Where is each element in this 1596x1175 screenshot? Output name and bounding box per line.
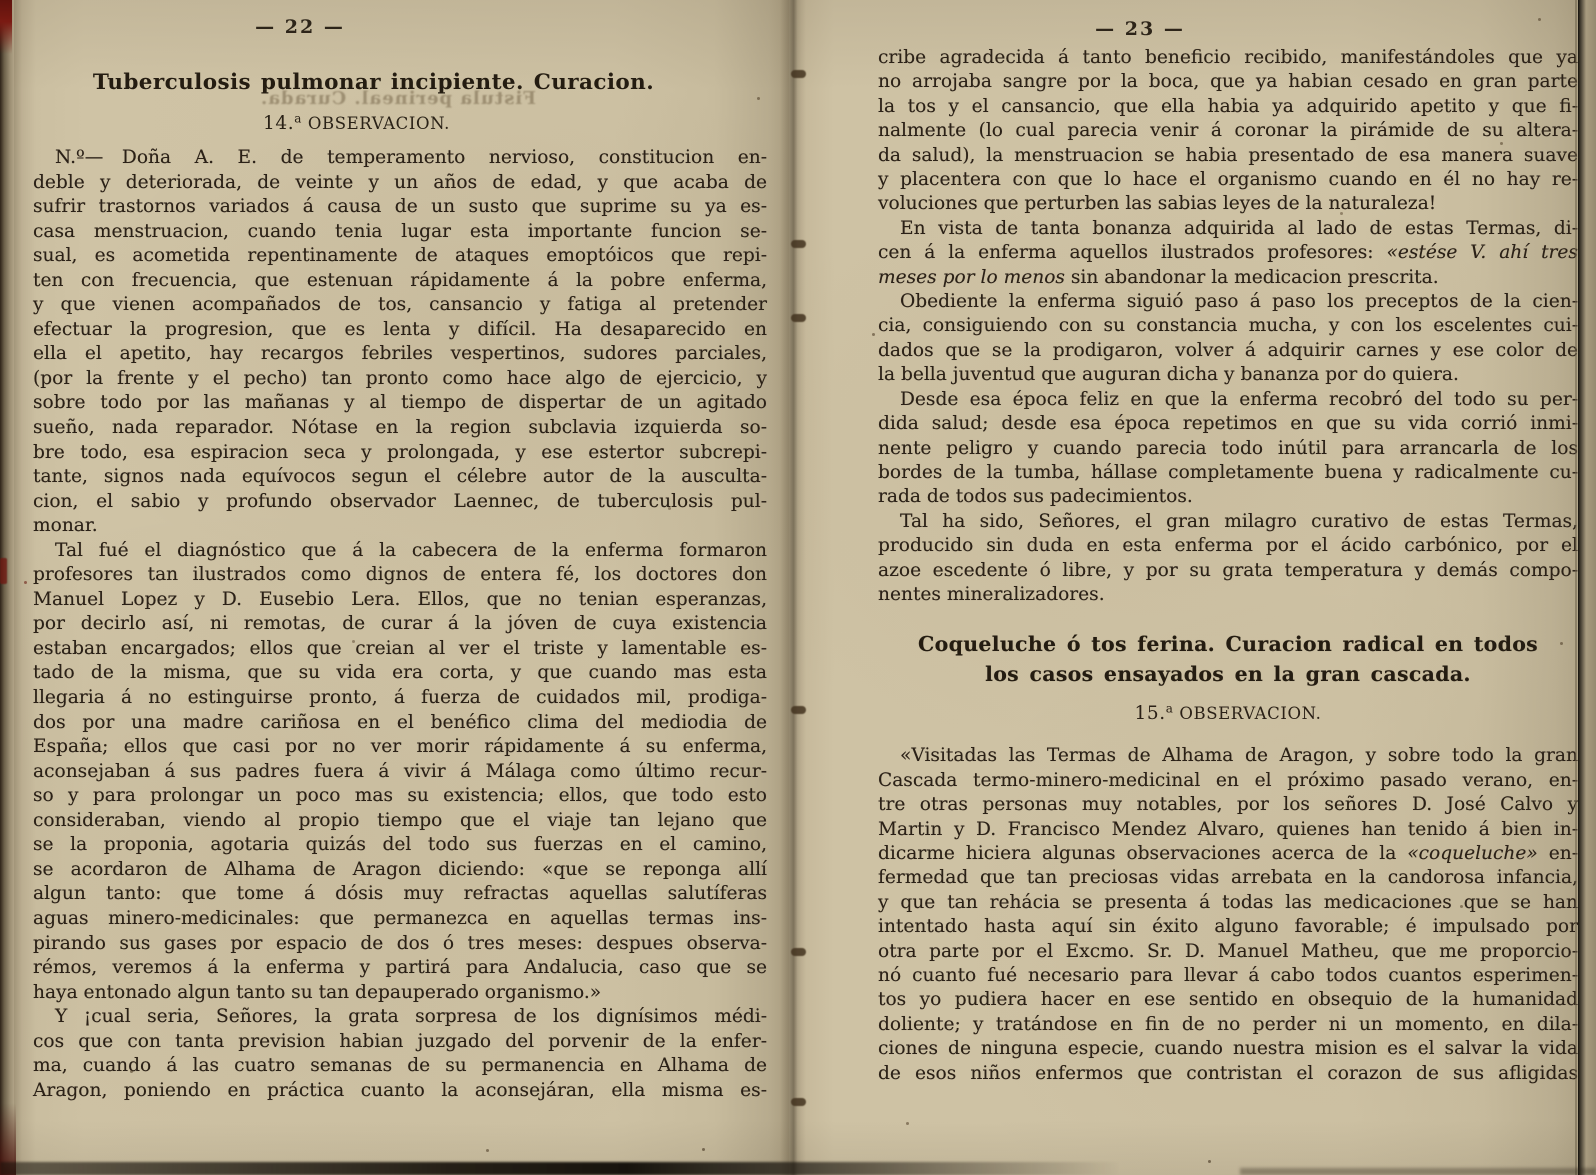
text-line: so y para prolongar un poco mas su exist… xyxy=(33,784,767,809)
text-line: se acordaron de Alhama de Aragon diciend… xyxy=(33,858,767,883)
text-line: nentes mineralizadores. xyxy=(878,583,1578,607)
text-line: Tal fué el diagnóstico que á la cabecera… xyxy=(33,539,767,564)
text-line: estaban encargados; ellos que creian al … xyxy=(33,637,767,662)
text-line: rada de todos sus padecimientos. xyxy=(878,485,1578,509)
text-line: nalmente (lo cual parecia venir á corona… xyxy=(878,119,1578,143)
text-line: bre todo, esa espiracion seca y prolonga… xyxy=(33,441,767,466)
book-scan: — 22 — Fistula perineal. Curada. Tubercu… xyxy=(0,0,1596,1175)
text-line: haya entonado algun tanto su tan depaupe… xyxy=(33,981,767,1006)
text-line: Tal ha sido, Señores, el gran milagro cu… xyxy=(878,510,1578,534)
text-line: Desde esa época feliz en que la enferma … xyxy=(878,388,1578,412)
text-line: Martin y D. Francisco Mendez Alvaro, qui… xyxy=(878,818,1578,842)
paragraph: Obediente la enferma siguió paso á paso … xyxy=(878,290,1578,388)
bottom-edge-shadow-right xyxy=(1240,1168,1596,1175)
red-cover-mark xyxy=(0,558,7,584)
text-line: deble y deteriorada, de veinte y un años… xyxy=(33,171,767,196)
text-line: por decirlo así, ni remotas, de curar á … xyxy=(33,612,767,637)
text-line: cribe agradecida á tanto beneficio recib… xyxy=(878,46,1578,70)
heading-line: los casos ensayados en la gran cascada. xyxy=(878,659,1578,689)
page-left: — 22 — Fistula perineal. Curada. Tubercu… xyxy=(14,0,789,1175)
text-line: cen á la enferma aquellos ilustrados pro… xyxy=(878,241,1578,265)
text-line: profesores tan ilustrados como dignos de… xyxy=(33,563,767,588)
bottom-edge-shadow xyxy=(0,1162,1120,1175)
text-line: sual, es acometida repentinamente de ata… xyxy=(33,244,767,269)
book-gutter xyxy=(780,0,806,1175)
paragraph: cribe agradecida á tanto beneficio recib… xyxy=(878,46,1578,217)
observation-number: 15. xyxy=(1135,703,1166,724)
text-line: Y ¡cual seria, Señores, la grata sorpres… xyxy=(33,1005,767,1030)
paragraph: N.º— Doña A. E. de temperamento nervioso… xyxy=(33,146,767,539)
page-number-left: — 22 — xyxy=(0,16,667,38)
text-line: dida salud; desde esa época repetimos en… xyxy=(878,412,1578,436)
text-line: ten con frecuencia, que estenuan rápidam… xyxy=(33,269,767,294)
text-line: tre otras personas muy notables, por los… xyxy=(878,793,1578,817)
text-line: tado de la misma, que su vida era corta,… xyxy=(33,661,767,686)
text-line: aconsejaban á sus padres fuera á vivir á… xyxy=(33,760,767,785)
text-line: doliente; y tratándose en fin de no perd… xyxy=(878,1013,1578,1037)
paragraph: Tal fué el diagnóstico que á la cabecera… xyxy=(33,539,767,1005)
stitch-mark xyxy=(791,314,806,322)
text-line: consideraban, viendo al propio tiempo qu… xyxy=(33,809,767,834)
page-crease xyxy=(1575,0,1577,1175)
observation-heading-right: 15.a OBSERVACION. xyxy=(878,703,1578,724)
text-line: tante, signos nada equívocos segun el cé… xyxy=(33,465,767,490)
stitch-mark xyxy=(791,70,806,78)
text-line: ella el apetito, hay recargos febriles v… xyxy=(33,342,767,367)
page-right-content: — 23 — cribe agradecida á tanto benefici… xyxy=(878,0,1578,1086)
text-line: otra parte por el Excmo. Sr. D. Manuel M… xyxy=(878,940,1578,964)
text-line: sueño, nada reparador. Nótase en la regi… xyxy=(33,416,767,441)
right-page-edge xyxy=(1578,0,1596,1175)
heading-line: Coqueluche ó tos ferina. Curacion radica… xyxy=(878,629,1578,659)
text-line: sobre todo por las mañanas y al tiempo d… xyxy=(33,391,767,416)
stitch-mark xyxy=(791,1098,806,1106)
section-heading-left: Tuberculosis pulmonar incipiente. Curaci… xyxy=(5,70,742,95)
stitch-mark xyxy=(791,948,806,956)
text-line: llegaria á no estinguirse pronto, á fuer… xyxy=(33,686,767,711)
text-line: nó cuanto fué necesario para llevar á ca… xyxy=(878,964,1578,988)
paragraph: «Visitadas las Termas de Alhama de Arago… xyxy=(878,744,1578,1086)
text-line: y que vienen acompañados de tos, cansanc… xyxy=(33,293,767,318)
body-text-right-top: cribe agradecida á tanto beneficio recib… xyxy=(878,46,1578,607)
stitch-mark xyxy=(791,706,806,714)
text-line: España; ellos que casi por no ver morir … xyxy=(33,735,767,760)
paragraph: Tal ha sido, Señores, el gran milagro cu… xyxy=(878,510,1578,608)
text-line: Obediente la enferma siguió paso á paso … xyxy=(878,290,1578,314)
text-line: cos que con tanta prevision habian juzga… xyxy=(33,1030,767,1055)
observation-label: OBSERVACION. xyxy=(1179,704,1321,723)
text-line: aguas minero-medicinales: que permanezca… xyxy=(33,907,767,932)
text-line: se la proponia, agotaria quizás del todo… xyxy=(33,833,767,858)
text-line: N.º— Doña A. E. de temperamento nervioso… xyxy=(33,146,767,171)
text-line: da salud), la menstruacion se habia pres… xyxy=(878,144,1578,168)
text-line: En vista de tanta bonanza adquirida al l… xyxy=(878,217,1578,241)
text-line: producido sin duda en esta enferma por e… xyxy=(878,534,1578,558)
red-cover-corner-top xyxy=(0,0,12,54)
text-line: Aragon, poniendo en práctica cuanto la a… xyxy=(33,1079,767,1104)
text-line: bordes de la tumba, hállase completament… xyxy=(878,461,1578,485)
observation-label: OBSERVACION. xyxy=(308,114,450,133)
left-book-edge xyxy=(0,0,14,1175)
text-line: nente peligro y cuando parecia todo inút… xyxy=(878,437,1578,461)
text-line: voluciones que perturben las sabias leye… xyxy=(878,192,1578,216)
paragraph: Desde esa época feliz en que la enferma … xyxy=(878,388,1578,510)
text-line: sufrir trastornos variados á causa de un… xyxy=(33,195,767,220)
text-line: ciones de ninguna especie, cuando nuestr… xyxy=(878,1037,1578,1061)
observation-ordinal: a xyxy=(294,112,302,126)
text-line: rémos, veremos á la enferma y partirá pa… xyxy=(33,956,767,981)
body-text-right-bottom: «Visitadas las Termas de Alhama de Arago… xyxy=(878,744,1578,1086)
text-line: y que tan rehácia se presenta á todas la… xyxy=(878,891,1578,915)
text-line: no arrojaba sangre por la boca, que ya h… xyxy=(878,70,1578,94)
text-line: pirando sus gases por espacio de dos ó t… xyxy=(33,932,767,957)
text-line: cion, el sabio y profundo observador Lae… xyxy=(33,490,767,515)
text-line: casa menstruacion, cuando tenia lugar es… xyxy=(33,220,767,245)
section-heading-right: Coqueluche ó tos ferina. Curacion radica… xyxy=(878,629,1578,689)
text-line: dos por una madre cariñosa en el benéfic… xyxy=(33,711,767,736)
text-line: «Visitadas las Termas de Alhama de Arago… xyxy=(878,744,1578,768)
text-line: Manuel Lopez y D. Eusebio Lera. Ellos, q… xyxy=(33,588,767,613)
text-line: de esos niños enfermos que contristan el… xyxy=(878,1062,1578,1086)
text-line: tos yo pudiera hacer en ese sentido en o… xyxy=(878,988,1578,1012)
paragraph: Y ¡cual seria, Señores, la grata sorpres… xyxy=(33,1005,767,1103)
text-line: dicarme hiciera algunas observaciones ac… xyxy=(878,842,1578,866)
text-line: monar. xyxy=(33,514,767,539)
text-line: meses por lo menos sin abandonar la medi… xyxy=(878,266,1578,290)
text-line: algun tanto: que tome á dósis muy refrac… xyxy=(33,882,767,907)
text-line: efectuar la progresion, que es lenta y d… xyxy=(33,318,767,343)
text-line: (por la frente y el pecho) tan pronto co… xyxy=(33,367,767,392)
text-line: la bella juventud que auguran dicha y ba… xyxy=(878,363,1578,387)
text-line: intentado hasta aquí sin éxito alguno fa… xyxy=(878,915,1578,939)
observation-heading-left: 14.a OBSERVACION. xyxy=(0,113,725,134)
page-right: — 23 — cribe agradecida á tanto benefici… xyxy=(789,0,1578,1175)
text-line: cia, consiguiendo con su constancia much… xyxy=(878,314,1578,338)
text-line: ma, cuando á las cuatro semanas de su pe… xyxy=(33,1054,767,1079)
text-line: fermedad que tan preciosas vidas arrebat… xyxy=(878,866,1578,890)
paragraph: En vista de tanta bonanza adquirida al l… xyxy=(878,217,1578,290)
page-number-right: — 23 — xyxy=(790,18,1490,40)
text-line: dados que se la prodigaron, volver á adq… xyxy=(878,339,1578,363)
text-line: y placentera con que lo hace el organism… xyxy=(878,168,1578,192)
observation-ordinal: a xyxy=(1166,702,1174,716)
text-line: Cascada termo-minero-medicinal en el pró… xyxy=(878,769,1578,793)
observation-number: 14. xyxy=(263,113,294,134)
stitch-mark xyxy=(791,240,806,248)
body-text-left: N.º— Doña A. E. de temperamento nervioso… xyxy=(33,146,767,1103)
text-line: azoe escedente ó libre, y por su grata t… xyxy=(878,559,1578,583)
text-line: la tos y el cansancio, que ella habia ya… xyxy=(878,95,1578,119)
